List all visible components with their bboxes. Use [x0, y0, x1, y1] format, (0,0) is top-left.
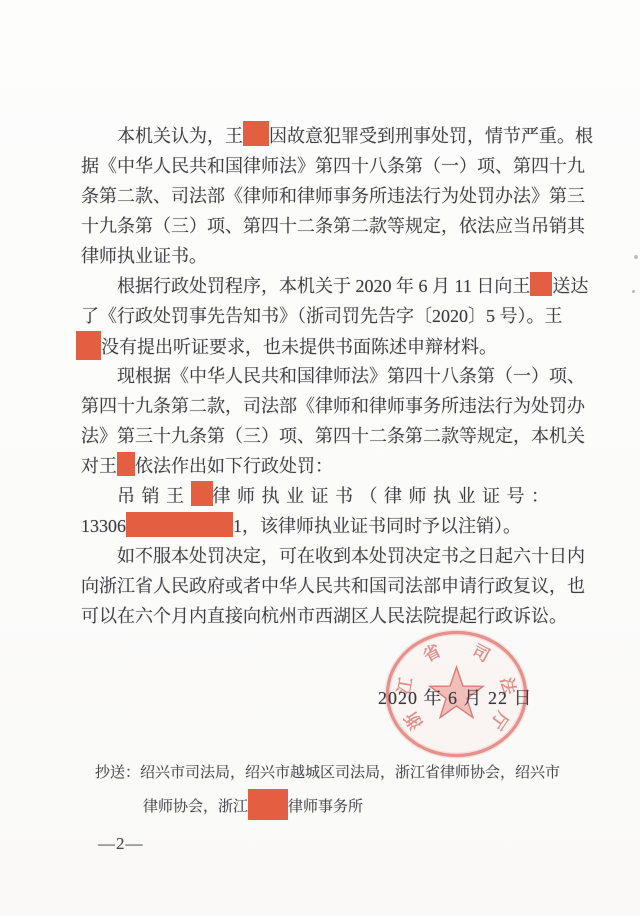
body-line: 本机关认为，王因故意犯罪受到刑事处罚，情节严重。根 — [81, 121, 581, 151]
body-text: 律师执业证书。 — [81, 246, 207, 266]
cc-text: 律师事务所 — [288, 799, 363, 815]
decision-date: 2020 年 6 月 22 日 — [378, 687, 533, 709]
body-text: 吊销王 — [117, 486, 191, 506]
body-line: 据《中华人民共和国律师法》第四十八条第（一）项、第四十九 — [81, 151, 581, 181]
body-line: 133061，该律师执业证书同时予以注销）。 — [81, 511, 581, 541]
scan-artifact-dot — [634, 255, 638, 259]
body-line: 十九条第（三）项、第四十二条第二款等规定，依法应当吊销其 — [81, 211, 581, 241]
body-line: 没有提出听证要求，也未提供书面陈述申辩材料。 — [81, 331, 581, 361]
body-text: 对王 — [81, 456, 117, 476]
body-text: 本机关认为，王 — [117, 126, 243, 146]
body-line: 吊销王律师执业证书（律师执业证号： — [81, 481, 581, 511]
body-line: 现根据《中华人民共和国律师法》第四十八条第（一）项、 — [81, 361, 581, 391]
redaction-box — [530, 272, 552, 296]
body-text: 向浙江省人民政府或者中华人民共和国司法部申请行政复议，也 — [81, 576, 585, 596]
body-text: 如不服本处罚决定，可在收到本处罚决定书之日起六十日内 — [117, 546, 585, 566]
redaction-box — [248, 789, 288, 820]
body-text: 现根据《中华人民共和国律师法》第四十八条第（一）项、 — [117, 366, 585, 386]
body-text: 可以在六个月内直接向杭州市西湖区人民法院提起行政诉讼。 — [81, 606, 567, 626]
document-body: 本机关认为，王因故意犯罪受到刑事处罚，情节严重。根 据《中华人民共和国律师法》第… — [81, 121, 581, 631]
body-line: 可以在六个月内直接向杭州市西湖区人民法院提起行政诉讼。 — [81, 601, 581, 631]
body-text: 根据行政处罚程序，本机关于 2020 年 6 月 11 日向王 — [117, 276, 530, 296]
body-text: 据《中华人民共和国律师法》第四十八条第（一）项、第四十九 — [81, 156, 585, 176]
license-number-text: 13306 — [81, 516, 126, 536]
body-text: 1，该律师执业证书同时予以注销）。 — [233, 516, 521, 536]
body-text: 条第二款、司法部《律师和律师事务所违法行为处罚办法》第三 — [81, 186, 585, 206]
body-text: 法》第三十九条第（三）项、第四十二条第二款等规定，本机关 — [81, 426, 585, 446]
cc-line: 律师协会，浙江律师事务所 — [143, 789, 363, 820]
scanned-document-page: 本机关认为，王因故意犯罪受到刑事处罚，情节严重。根 据《中华人民共和国律师法》第… — [0, 0, 640, 916]
redaction-box — [126, 512, 233, 537]
scan-artifact-dot — [632, 290, 635, 293]
cc-text: 律师协会，浙江 — [143, 799, 248, 815]
redaction-box — [191, 481, 213, 506]
body-line: 法》第三十九条第（三）项、第四十二条第二款等规定，本机关 — [81, 421, 581, 451]
body-line: 根据行政处罚程序，本机关于 2020 年 6 月 11 日向王送达 — [81, 271, 581, 301]
redaction-box — [117, 452, 135, 476]
body-line: 对王依法作出如下行政处罚： — [81, 451, 581, 481]
body-text: 依法作出如下行政处罚： — [135, 456, 333, 476]
body-text: 十九条第（三）项、第四十二条第二款等规定，依法应当吊销其 — [81, 216, 585, 236]
body-text: 送达 — [552, 276, 588, 296]
body-line: 了《行政处罚事先告知书》（浙司罚先告字〔2020〕5 号）。王 — [81, 301, 581, 331]
body-text: 了《行政处罚事先告知书》（浙司罚先告字〔2020〕5 号）。王 — [81, 306, 563, 326]
body-line: 律师执业证书。 — [81, 241, 581, 271]
body-text: 因故意犯罪受到刑事处罚，情节严重。根 — [269, 126, 593, 146]
body-line: 第四十九条第二款，司法部《律师和律师事务所违法行为处罚办 — [81, 391, 581, 421]
body-text: 没有提出听证要求，也未提供书面陈述申辩材料。 — [101, 337, 497, 357]
redaction-box — [76, 331, 101, 360]
body-line: 条第二款、司法部《律师和律师事务所违法行为处罚办法》第三 — [81, 181, 581, 211]
body-line: 向浙江省人民政府或者中华人民共和国司法部申请行政复议，也 — [81, 571, 581, 601]
body-text: 律师执业证书（律师执业证号： — [213, 486, 556, 506]
body-text: 第四十九条第二款，司法部《律师和律师事务所违法行为处罚办 — [81, 396, 585, 416]
redaction-box — [243, 121, 269, 146]
cc-line: 抄送：绍兴市司法局，绍兴市越城区司法局，浙江省律师协会，绍兴市 — [95, 761, 560, 785]
body-line: 如不服本处罚决定，可在收到本处罚决定书之日起六十日内 — [81, 541, 581, 571]
page-number: —2— — [98, 832, 144, 856]
